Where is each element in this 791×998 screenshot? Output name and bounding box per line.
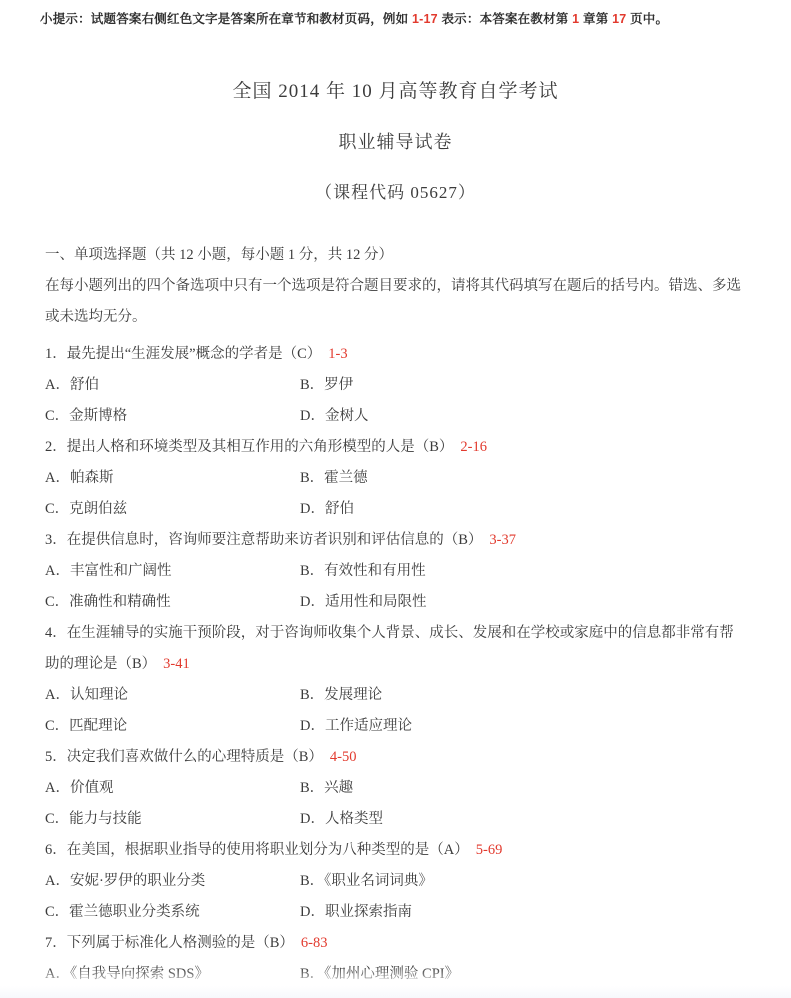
tip-text: 小提示：试题答案右侧红色文字是答案所在章节和教材页码，例如 bbox=[40, 12, 412, 26]
option: A．丰富性和广阔性 bbox=[45, 556, 300, 587]
question-2-options-row-1: A．帕森斯 B．霍兰德 bbox=[45, 463, 746, 494]
option: B．兴趣 bbox=[300, 773, 746, 804]
option: D．舒伯 bbox=[300, 494, 746, 525]
tip-example-code: 1-17 bbox=[412, 12, 438, 26]
option: B．发展理论 bbox=[300, 680, 746, 711]
question-2-stem: 2．提出人格和环境类型及其相互作用的六角形模型的人是（B）2-16 bbox=[45, 432, 746, 463]
option: D．工作适应理论 bbox=[300, 711, 746, 742]
question-3-options-row-1: A．丰富性和广阔性 B．有效性和有用性 bbox=[45, 556, 746, 587]
option: D．适用性和局限性 bbox=[300, 587, 746, 618]
section-heading: 一、单项选择题（共 12 小题，每小题 1 分，共 12 分） bbox=[45, 240, 746, 271]
tip-text: 表示：本答案在教材第 bbox=[438, 12, 572, 26]
tip-text: 章第 bbox=[579, 12, 612, 26]
question-7-stem: 7．下列属于标准化人格测验的是（B）6-83 bbox=[45, 928, 746, 959]
option: C．克朗伯兹 bbox=[45, 494, 300, 525]
option: A．安妮·罗伊的职业分类 bbox=[45, 866, 300, 897]
option: D．金树人 bbox=[300, 401, 746, 432]
question-3-stem: 3．在提供信息时，咨询师要注意帮助来访者识别和评估信息的（B）3-37 bbox=[45, 525, 746, 556]
question-2-options-row-2: C．克朗伯兹 D．舒伯 bbox=[45, 494, 746, 525]
question-5-options-row-1: A．价值观 B．兴趣 bbox=[45, 773, 746, 804]
option: C．霍兰德职业分类系统 bbox=[45, 897, 300, 928]
answer-ref: 3-41 bbox=[163, 656, 190, 672]
question-text: 3．在提供信息时，咨询师要注意帮助来访者识别和评估信息的（B） bbox=[45, 532, 482, 548]
question-text: 2．提出人格和环境类型及其相互作用的六角形模型的人是（B） bbox=[45, 439, 453, 455]
option: C．准确性和精确性 bbox=[45, 587, 300, 618]
paper-subject-title: 职业辅导试卷 bbox=[0, 129, 791, 155]
section-instructions: 在每小题列出的四个备选项中只有一个选项是符合题目要求的，请将其代码填写在题后的括… bbox=[45, 271, 746, 333]
option: A．《自我导向探索 SDS》 bbox=[45, 959, 300, 990]
question-5-stem: 5．决定我们喜欢做什么的心理特质是（B）4-50 bbox=[45, 742, 746, 773]
option: C．匹配理论 bbox=[45, 711, 300, 742]
question-1-options-row-1: A．舒伯 B．罗伊 bbox=[45, 370, 746, 401]
option: D．职业探索指南 bbox=[300, 897, 746, 928]
option: A．价值观 bbox=[45, 773, 300, 804]
question-5-options-row-2: C．能力与技能 D．人格类型 bbox=[45, 804, 746, 835]
question-4-options-row-1: A．认知理论 B．发展理论 bbox=[45, 680, 746, 711]
option: B．有效性和有用性 bbox=[300, 556, 746, 587]
tip-banner: 小提示：试题答案右侧红色文字是答案所在章节和教材页码，例如 1-17 表示：本答… bbox=[0, 0, 791, 27]
option: A．认知理论 bbox=[45, 680, 300, 711]
answer-ref: 5-69 bbox=[476, 842, 503, 858]
question-4-stem: 4．在生涯辅导的实施干预阶段，对于咨询师收集个人背景、成长、发展和在学校或家庭中… bbox=[45, 618, 746, 680]
title-block: 全国 2014 年 10 月高等教育自学考试 职业辅导试卷 （课程代码 0562… bbox=[0, 79, 791, 206]
question-text: 6．在美国，根据职业指导的使用将职业划分为八种类型的是（A） bbox=[45, 842, 469, 858]
answer-ref: 6-83 bbox=[301, 935, 328, 951]
question-text: 7．下列属于标准化人格测验的是（B） bbox=[45, 935, 294, 951]
question-1-stem: 1．最先提出“生涯发展”概念的学者是（C）1-3 bbox=[45, 339, 746, 370]
option: A．舒伯 bbox=[45, 370, 300, 401]
question-1-options-row-2: C．金斯博格 D．金树人 bbox=[45, 401, 746, 432]
option: A．帕森斯 bbox=[45, 463, 300, 494]
option: B．罗伊 bbox=[300, 370, 746, 401]
answer-ref: 3-37 bbox=[489, 532, 516, 548]
question-6-options-row-2: C．霍兰德职业分类系统 D．职业探索指南 bbox=[45, 897, 746, 928]
option: C．金斯博格 bbox=[45, 401, 300, 432]
question-6-options-row-1: A．安妮·罗伊的职业分类 B．《职业名词词典》 bbox=[45, 866, 746, 897]
question-text: 1．最先提出“生涯发展”概念的学者是（C） bbox=[45, 346, 321, 362]
exam-title: 全国 2014 年 10 月高等教育自学考试 bbox=[0, 79, 791, 105]
option: B．霍兰德 bbox=[300, 463, 746, 494]
option: B．《加州心理测验 CPI》 bbox=[300, 959, 746, 990]
question-text: 5．决定我们喜欢做什么的心理特质是（B） bbox=[45, 749, 323, 765]
answer-ref: 4-50 bbox=[330, 749, 357, 765]
tip-page-number: 17 bbox=[612, 12, 626, 26]
tip-text: 页中。 bbox=[626, 12, 668, 26]
question-3-options-row-2: C．准确性和精确性 D．适用性和局限性 bbox=[45, 587, 746, 618]
answer-ref: 2-16 bbox=[460, 439, 487, 455]
option: C．能力与技能 bbox=[45, 804, 300, 835]
option: D．人格类型 bbox=[300, 804, 746, 835]
answer-ref: 1-3 bbox=[328, 346, 347, 362]
question-text: 4．在生涯辅导的实施干预阶段，对于咨询师收集个人背景、成长、发展和在学校或家庭中… bbox=[45, 625, 734, 672]
exam-body: 一、单项选择题（共 12 小题，每小题 1 分，共 12 分） 在每小题列出的四… bbox=[45, 240, 746, 990]
question-7-options-row-1: A．《自我导向探索 SDS》 B．《加州心理测验 CPI》 bbox=[45, 959, 746, 990]
option: B．《职业名词词典》 bbox=[300, 866, 746, 897]
course-code: （课程代码 05627） bbox=[0, 180, 791, 206]
question-4-options-row-2: C．匹配理论 D．工作适应理论 bbox=[45, 711, 746, 742]
question-6-stem: 6．在美国，根据职业指导的使用将职业划分为八种类型的是（A）5-69 bbox=[45, 835, 746, 866]
